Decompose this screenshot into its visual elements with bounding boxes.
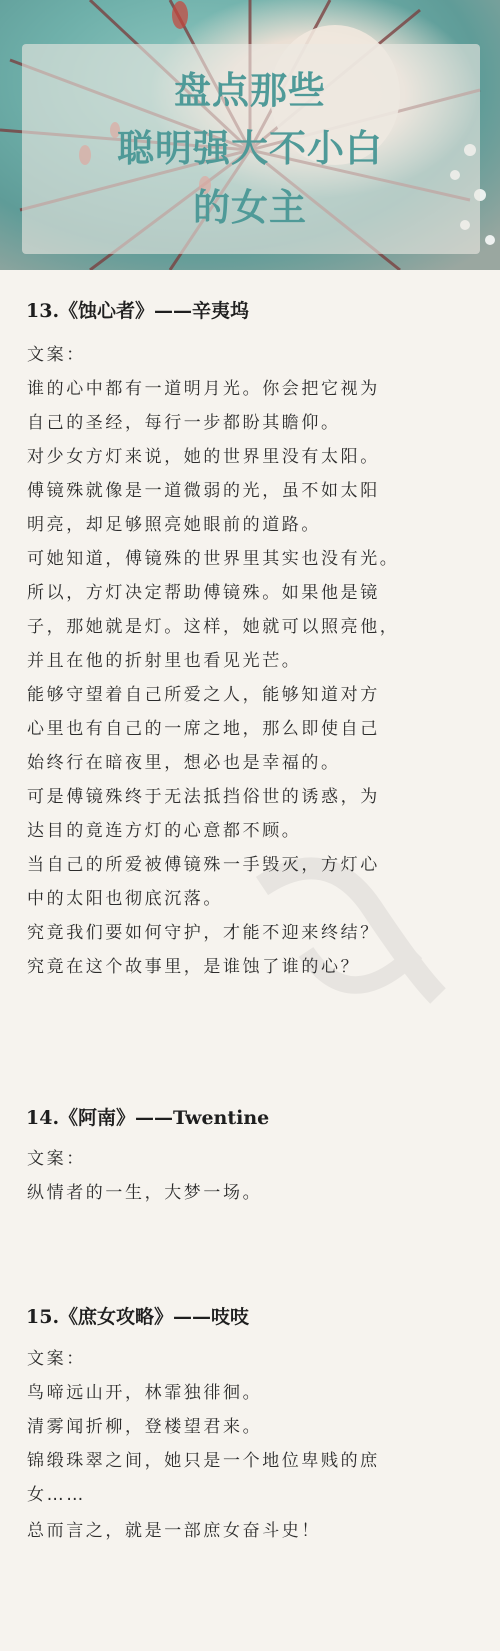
entry-13-line: 并且在他的折射里也看见光芒。 [27, 646, 301, 671]
entry-14-line: 纵情者的一生，大梦一场。 [27, 1178, 262, 1203]
banner-title-line-3: 的女主 [0, 189, 500, 226]
entry-13-line: 明亮，却足够照亮她眼前的道路。 [27, 510, 321, 535]
entry-15-label: 文案： [27, 1344, 86, 1369]
entry-13-line: 当自己的所爱被傅镜殊一手毁灭，方灯心 [27, 850, 380, 875]
entry-13-line: 谁的心中都有一道明月光。你会把它视为 [27, 374, 380, 399]
entry-13-label: 文案： [27, 340, 86, 365]
entry-13-line: 达目的竟连方灯的心意都不顾。 [27, 816, 301, 841]
entry-15-line: 总而言之，就是一部庶女奋斗史！ [27, 1516, 321, 1541]
entry-13-line: 自己的圣经，每行一步都盼其瞻仰。 [27, 408, 341, 433]
entry-13-line: 对少女方灯来说，她的世界里没有太阳。 [27, 442, 380, 467]
entry-13-line: 能够守望着自己所爱之人，能够知道对方 [27, 680, 380, 705]
banner-title-line-2: 聪明强大不小白 [0, 130, 500, 167]
entry-13-line: 究竟在这个故事里，是谁蚀了谁的心？ [27, 952, 360, 977]
entry-14-title: 14.《阿南》——Twentine [26, 1103, 269, 1130]
entry-13-line: 傅镜殊就像是一道微弱的光，虽不如太阳 [27, 476, 380, 501]
entry-14-label: 文案： [27, 1144, 86, 1169]
entry-15-line: 清雾闻折柳，登楼望君来。 [27, 1412, 262, 1437]
entry-13-line: 子，那她就是灯。这样，她就可以照亮他， [27, 612, 399, 637]
banner-title-line-1: 盘点那些 [0, 72, 500, 109]
entry-15-line: 锦缎珠翠之间，她只是一个地位卑贱的庶 [27, 1446, 380, 1471]
entry-15-line: 女…… [27, 1480, 86, 1505]
entry-13-line: 所以，方灯决定帮助傅镜殊。如果他是镜 [27, 578, 380, 603]
entry-13-line: 可是傅镜殊终于无法抵挡俗世的诱惑，为 [27, 782, 380, 807]
entry-13-line: 心里也有自己的一席之地，那么即使自己 [27, 714, 380, 739]
entry-15-line: 鸟啼远山开，林霏独徘徊。 [27, 1378, 262, 1403]
entry-13-line: 中的太阳也彻底沉落。 [27, 884, 223, 909]
entry-13-line: 究竟我们要如何守护，才能不迎来终结？ [27, 918, 380, 943]
header-banner: 盘点那些 聪明强大不小白 的女主 [0, 0, 500, 270]
entry-13-title: 13.《蚀心者》——辛夷坞 [26, 296, 249, 323]
entry-13-line: 始终行在暗夜里，想必也是幸福的。 [27, 748, 341, 773]
entry-13-line: 可她知道，傅镜殊的世界里其实也没有光。 [27, 544, 399, 569]
entry-15-title: 15.《庶女攻略》——吱吱 [26, 1302, 249, 1329]
